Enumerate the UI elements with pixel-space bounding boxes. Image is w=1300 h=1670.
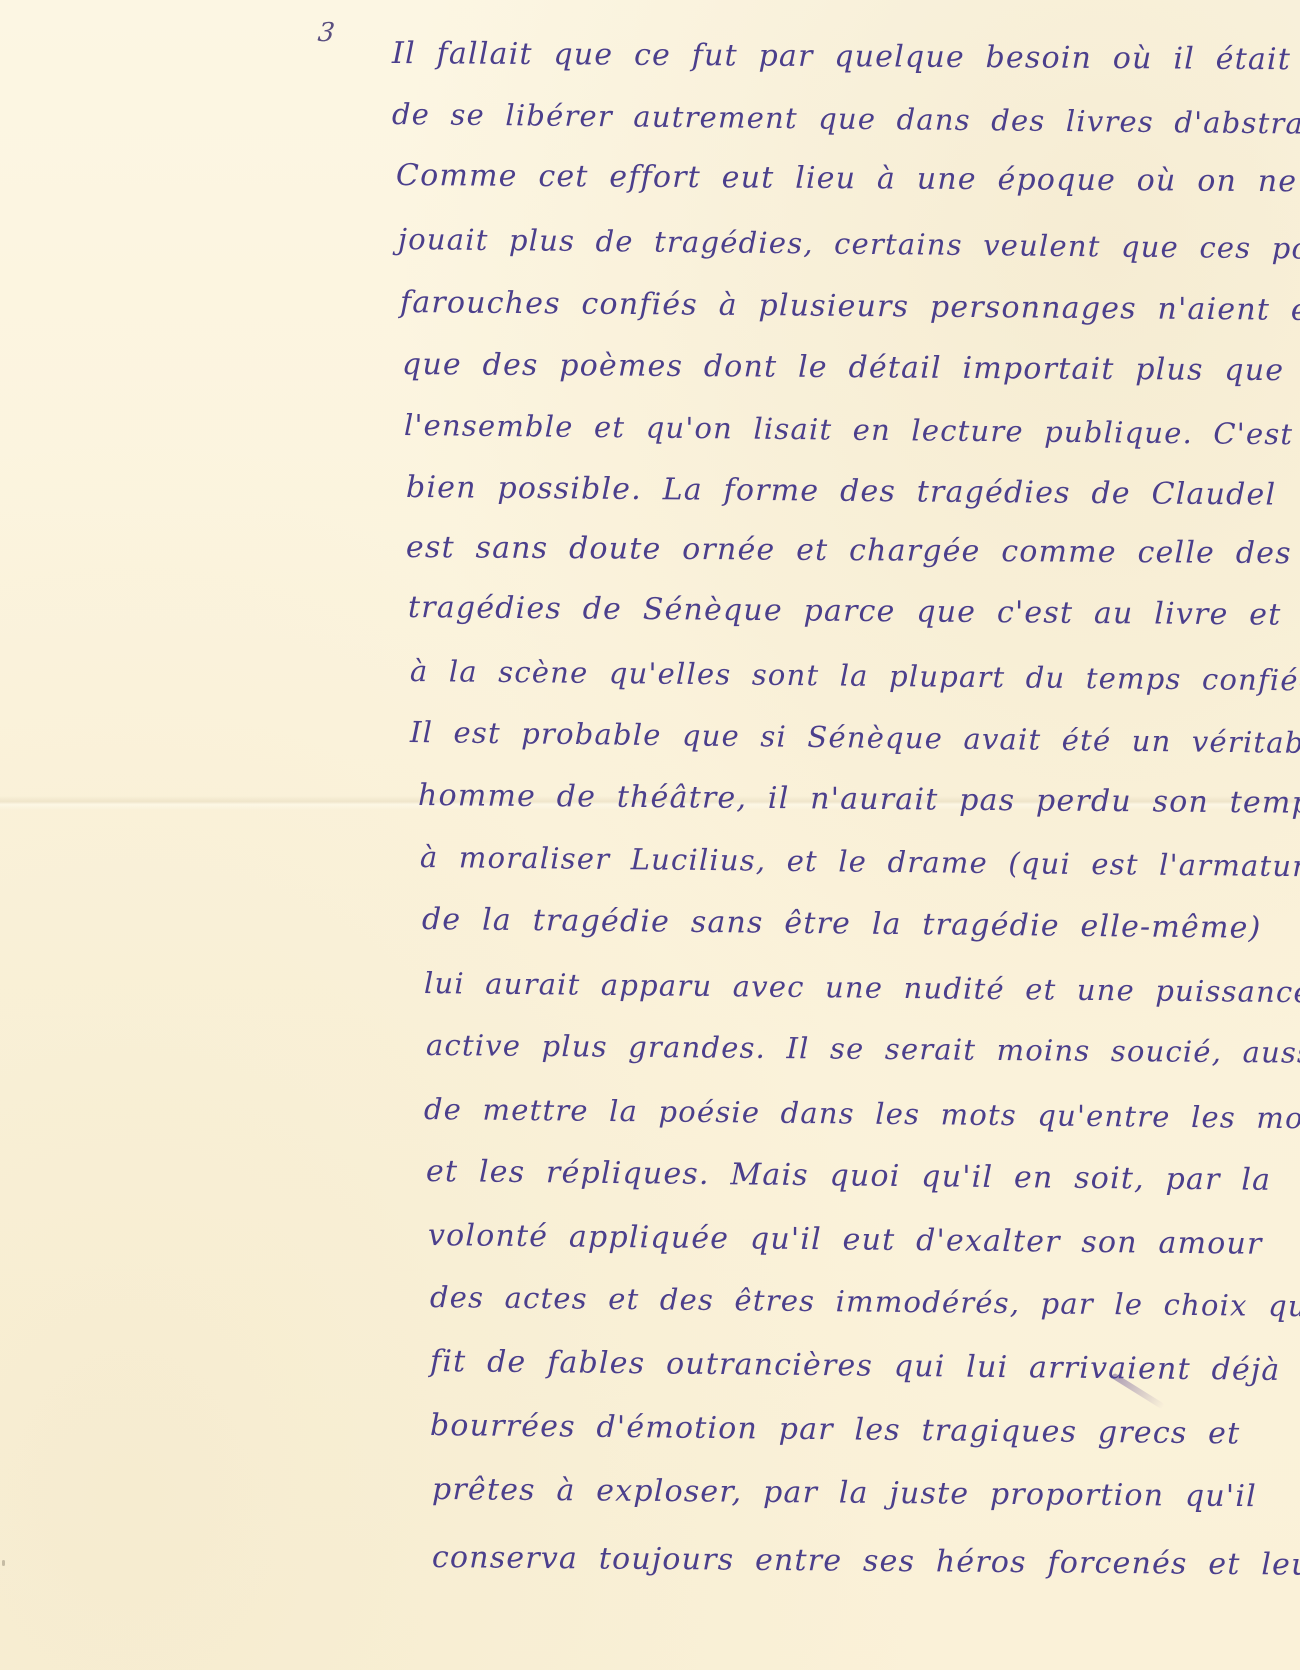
text-line: homme de théâtre, il n'aurait pas perdu … [418, 778, 1300, 821]
text-line: de mettre la poésie dans les mots qu'ent… [424, 1092, 1300, 1136]
text-line: à moraliser Lucilius, et le drame (qui e… [420, 840, 1300, 883]
text-line: lui aurait apparu avec une nudité et une… [424, 966, 1300, 1009]
text-line: est sans doute ornée et chargée comme ce… [406, 530, 1292, 571]
text-line: volonté appliquée qu'il eut d'exalter so… [428, 1218, 1263, 1262]
text-line: tragédies de Sénèque parce que c'est au … [408, 590, 1300, 633]
text-line: Il fallait que ce fut par quelque besoin… [392, 36, 1291, 77]
text-line: Il est probable que si Sénèque avait été… [410, 715, 1300, 760]
text-line: farouches confiés à plusieurs personnage… [400, 285, 1300, 328]
text-line: l'ensemble et qu'on lisait en lecture pu… [404, 408, 1294, 451]
text-line: active plus grandes. Il se serait moins … [426, 1028, 1300, 1070]
handwritten-letter-page: 3 Il fallait que ce fut par quelque beso… [0, 0, 1300, 1670]
text-line: prêtes à exploser, par la juste proporti… [432, 1472, 1257, 1514]
text-line: de la tragédie sans être la tragédie ell… [422, 902, 1262, 946]
text-line: jouait plus de tragédies, certains veule… [398, 222, 1300, 266]
handwritten-text-body: Il fallait que ce fut par quelque besoin… [0, 0, 1300, 1670]
text-line: fit de fables outrancières qui lui arriv… [430, 1344, 1281, 1388]
text-line: conserva toujours entre ses héros forcen… [432, 1540, 1300, 1583]
text-line: bien possible. La forme des tragédies de… [406, 470, 1277, 513]
text-line: de se libérer autrement que dans des liv… [392, 97, 1300, 142]
text-line: Comme cet effort eut lieu à une époque o… [396, 158, 1298, 199]
text-line: que des poèmes dont le détail importait … [402, 347, 1284, 388]
text-line: des actes et des êtres immodérés, par le… [430, 1280, 1300, 1324]
text-line: et les répliques. Mais quoi qu'il en soi… [426, 1154, 1272, 1198]
text-line: à la scène qu'elles sont la plupart du t… [410, 654, 1300, 698]
text-line: bourrées d'émotion par les tragiques gre… [430, 1408, 1241, 1451]
